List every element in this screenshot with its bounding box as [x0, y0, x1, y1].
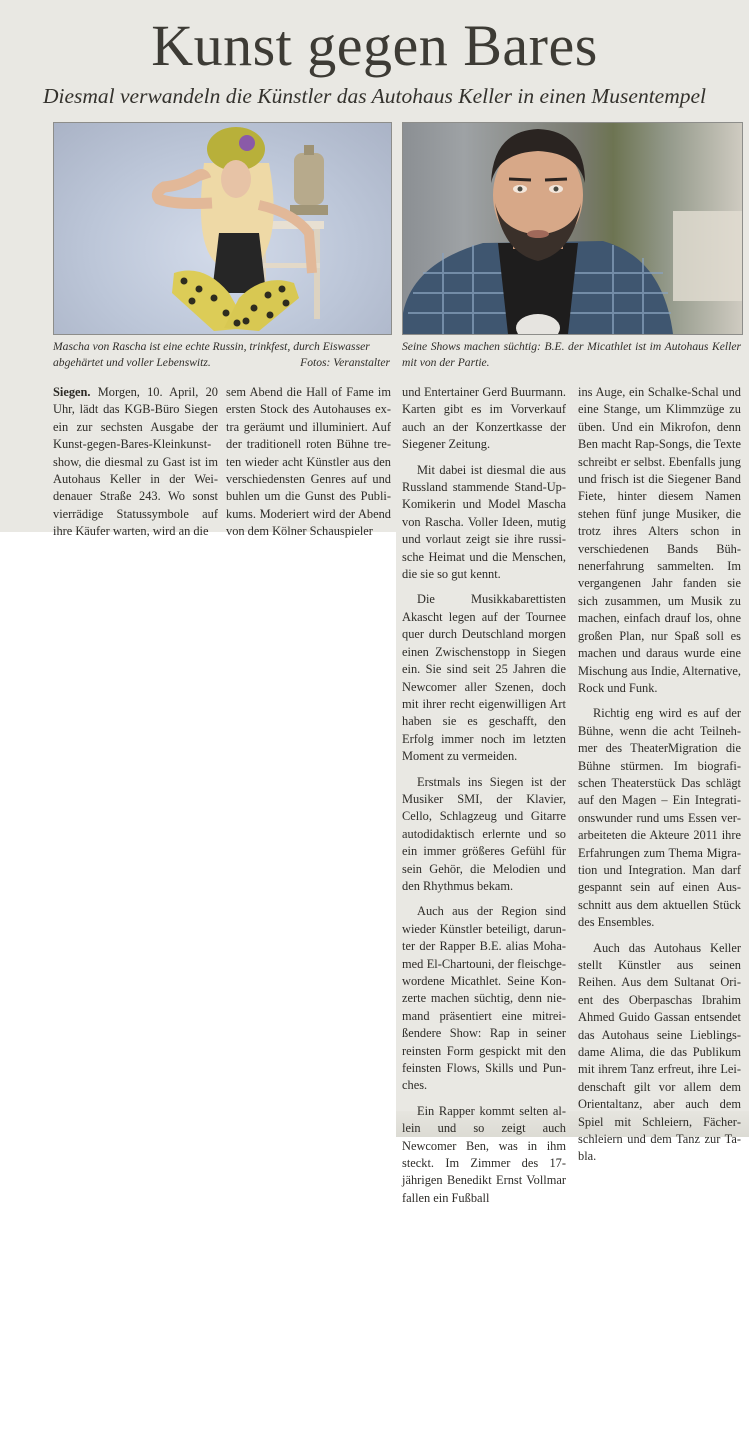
paragraph: Die Musikkabarettisten Akascht legen auf…	[402, 591, 566, 765]
headline: Kunst gegen Bares	[0, 14, 749, 78]
article-column-3: und Entertainer Gerd Buur­mann. Karten g…	[402, 384, 566, 1207]
paragraph: Mit dabei ist diesmal die aus Russland s…	[402, 462, 566, 584]
paragraph: Richtig eng wird es auf der Bühne, wenn …	[578, 705, 741, 931]
photo-caption-left: Mascha von Rascha ist eine echte Russin,…	[53, 339, 390, 371]
article-column-2: sem Abend die Hall of Fame im ersten Sto…	[226, 384, 391, 541]
paragraph-text: Morgen, 10. April, 20 Uhr, lädt das KGB-…	[53, 385, 218, 538]
article-column-1: Siegen. Morgen, 10. April, 20 Uhr, lädt …	[53, 384, 218, 541]
photo-rapper-be	[402, 122, 743, 335]
paragraph: Ein Rapper kommt selten al­lein und so z…	[402, 1103, 566, 1207]
photo-credit: Fotos: Veranstalter	[300, 355, 390, 371]
paragraph: und Entertainer Gerd Buur­mann. Karten g…	[402, 384, 566, 454]
caption-text-continued: abgehärtet und voller Lebenswitz.	[53, 355, 211, 371]
paragraph: Erstmals ins Siegen ist der Musiker SMI,…	[402, 774, 566, 896]
paragraph: Auch aus der Region sind wieder Künstler…	[402, 903, 566, 1094]
paragraph: Auch das Autohaus Keller stellt Künstler…	[578, 940, 741, 1166]
woman-illustration	[54, 123, 391, 334]
paragraph: sem Abend die Hall of Fame im ersten Sto…	[226, 384, 391, 541]
photo-mascha-von-rascha	[53, 122, 392, 335]
dateline: Siegen.	[53, 385, 91, 399]
caption-text: Mascha von Rascha ist eine echte Russin,…	[53, 339, 390, 355]
article-column-4: ins Auge, ein Schalke-Schal und eine Sta…	[578, 384, 741, 1166]
paragraph: Siegen. Morgen, 10. April, 20 Uhr, lädt …	[53, 384, 218, 541]
subheadline: Diesmal verwandeln die Künstler das Auto…	[0, 84, 749, 109]
paragraph: ins Auge, ein Schalke-Schal und eine Sta…	[578, 384, 741, 697]
man-illustration	[403, 123, 742, 334]
photo-caption-right: Seine Shows machen süchtig: B.E. der Mic…	[402, 339, 741, 371]
